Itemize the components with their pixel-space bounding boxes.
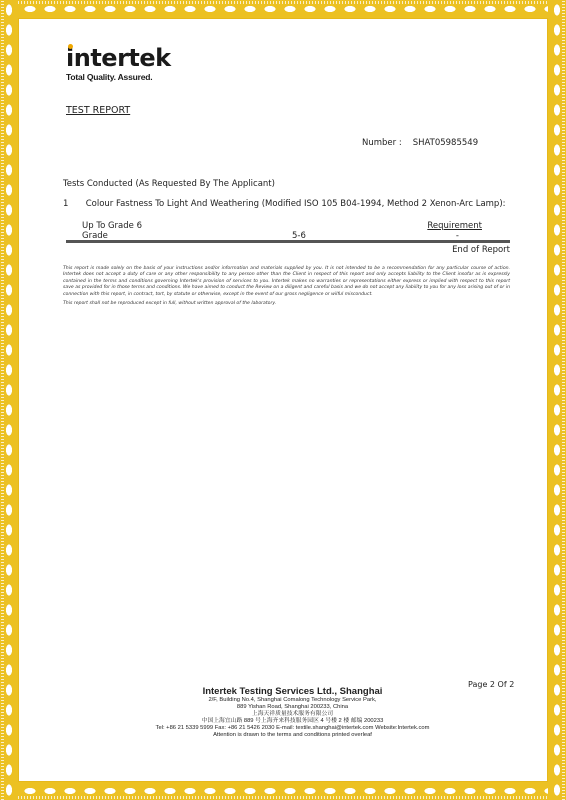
footer-company: Intertek Testing Services Ltd., Shanghai bbox=[130, 686, 455, 697]
logo-text: intertek bbox=[66, 44, 171, 72]
footer-chinese-name: 上海天祥质量技术服务有限公司 bbox=[130, 711, 455, 718]
test-item: 1 Colour Fastness To Light And Weatherin… bbox=[63, 199, 506, 209]
end-of-report: End of Report bbox=[452, 245, 510, 255]
table-divider bbox=[66, 240, 510, 243]
result-header-row: Up To Grade 6 Requirement bbox=[82, 221, 497, 231]
footer-chinese-address: 中国上海宜山路 889 号上海齐来科技服务园区 4 号楼 2 楼 邮编 2002… bbox=[130, 718, 455, 725]
reproduction-notice: This report shall not be reproduced exce… bbox=[63, 301, 276, 306]
logo-dot-icon bbox=[68, 44, 73, 49]
result-header-label: Up To Grade 6 bbox=[82, 221, 142, 231]
footer: Intertek Testing Services Ltd., Shanghai… bbox=[130, 686, 455, 739]
test-index: 1 bbox=[63, 199, 83, 209]
logo-wordmark: intertek bbox=[66, 46, 171, 70]
report-number: Number : SHAT05985549 bbox=[362, 138, 478, 148]
tests-heading: Tests Conducted (As Requested By The App… bbox=[63, 179, 275, 189]
border-bottom bbox=[0, 782, 566, 800]
border-inner-line bbox=[18, 18, 548, 782]
test-name: Colour Fastness To Light And Weathering … bbox=[86, 199, 506, 209]
border-left bbox=[0, 0, 18, 800]
requirement-header: Requirement bbox=[427, 221, 482, 231]
border-right bbox=[548, 0, 566, 800]
footer-contact: Tel: +86 21 5339 5999 Fax: +86 21 5426 2… bbox=[130, 725, 455, 732]
footer-attention: Attention is drawn to the terms and cond… bbox=[130, 732, 455, 739]
footer-address-2: 889 Yishan Road, Shanghai 200233, China bbox=[130, 704, 455, 711]
report-title: TEST REPORT bbox=[66, 105, 130, 116]
intertek-logo: intertek Total Quality. Assured. bbox=[66, 46, 171, 82]
logo-tagline: Total Quality. Assured. bbox=[66, 72, 171, 82]
report-number-value: SHAT05985549 bbox=[413, 138, 478, 148]
page-number: Page 2 Of 2 bbox=[468, 680, 514, 689]
result-table: Up To Grade 6 Requirement Grade 5-6 - bbox=[82, 221, 497, 241]
footer-address-1: 2/F, Building No.4, Shanghai Comalong Te… bbox=[130, 697, 455, 704]
disclaimer-paragraph: This report is made solely on the basis … bbox=[63, 266, 510, 298]
border-top bbox=[0, 0, 566, 18]
report-number-label: Number : bbox=[362, 138, 410, 148]
